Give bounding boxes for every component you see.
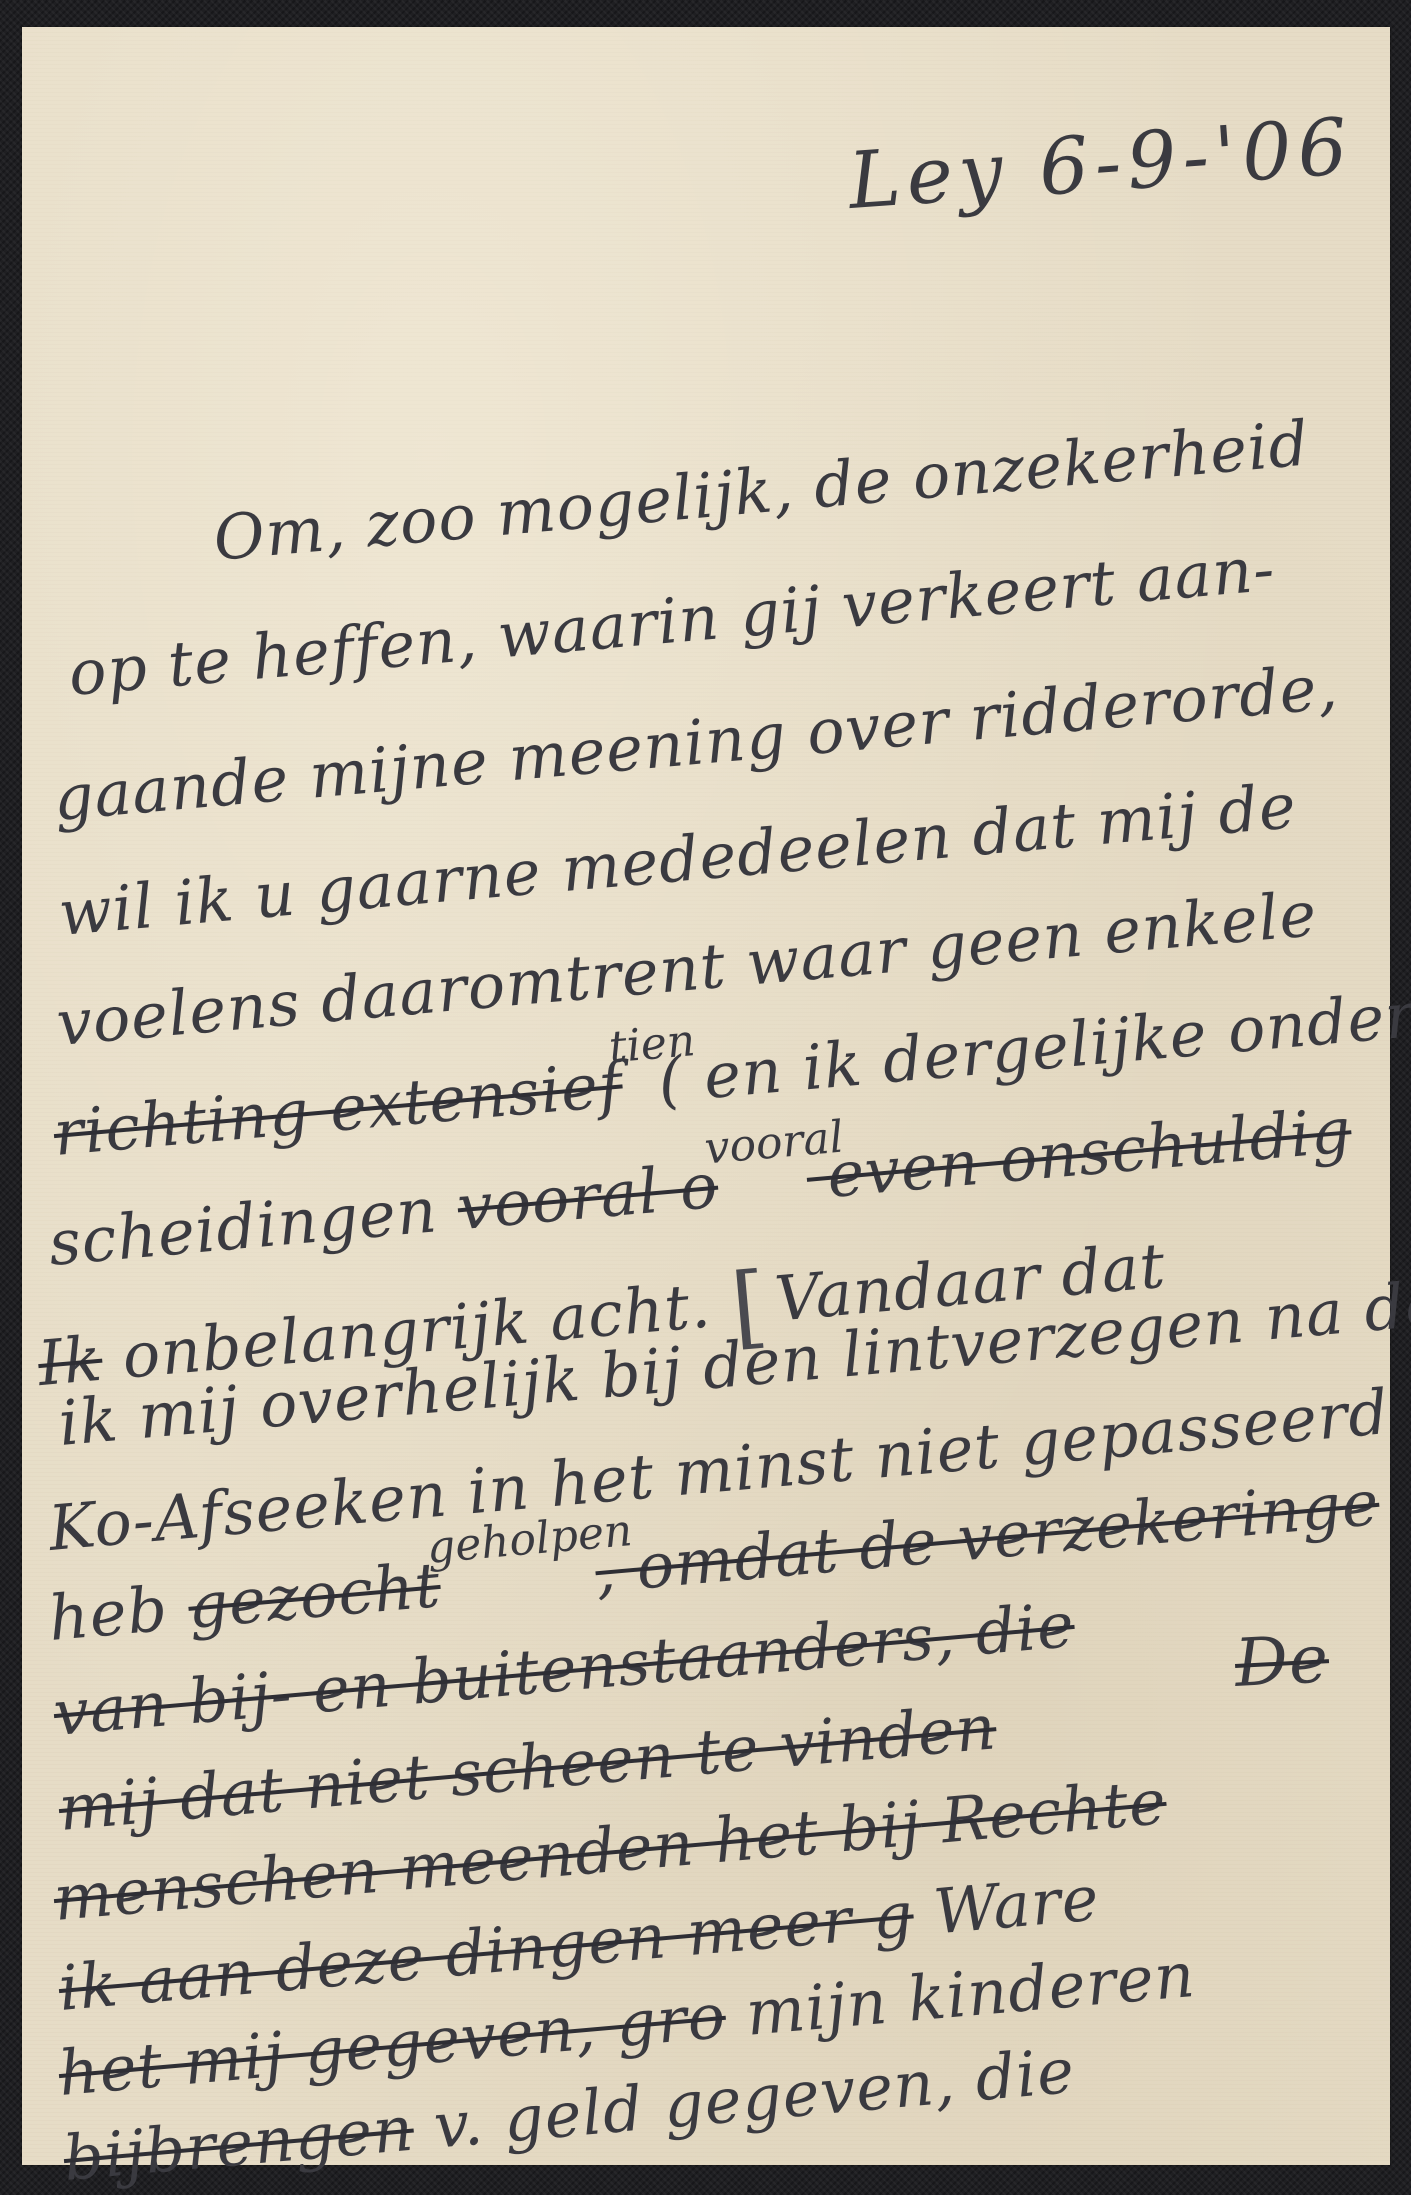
date-line: Ley 6-9-'06 xyxy=(846,102,1357,227)
inserted-text: tien xyxy=(607,1015,697,1073)
deleted-text: bijbrengen xyxy=(61,2092,417,2195)
line-text: scheidingen xyxy=(46,1172,461,1280)
margin-mark: De xyxy=(1233,1620,1331,1702)
deleted-text: gezocht xyxy=(185,1548,443,1643)
line-text: heb xyxy=(46,1570,192,1655)
deleted-text: richting extensief xyxy=(51,1048,626,1170)
deleted-text: even onschuldig xyxy=(804,1093,1355,1213)
letter-page: Ley 6-9-'06 Om, zoo mogelijk, de onzeker… xyxy=(22,27,1390,2165)
deleted-text: vooral o xyxy=(455,1149,722,1244)
line-text: Ware xyxy=(910,1861,1102,1950)
deleted-text: Rechte xyxy=(918,1765,1170,1859)
